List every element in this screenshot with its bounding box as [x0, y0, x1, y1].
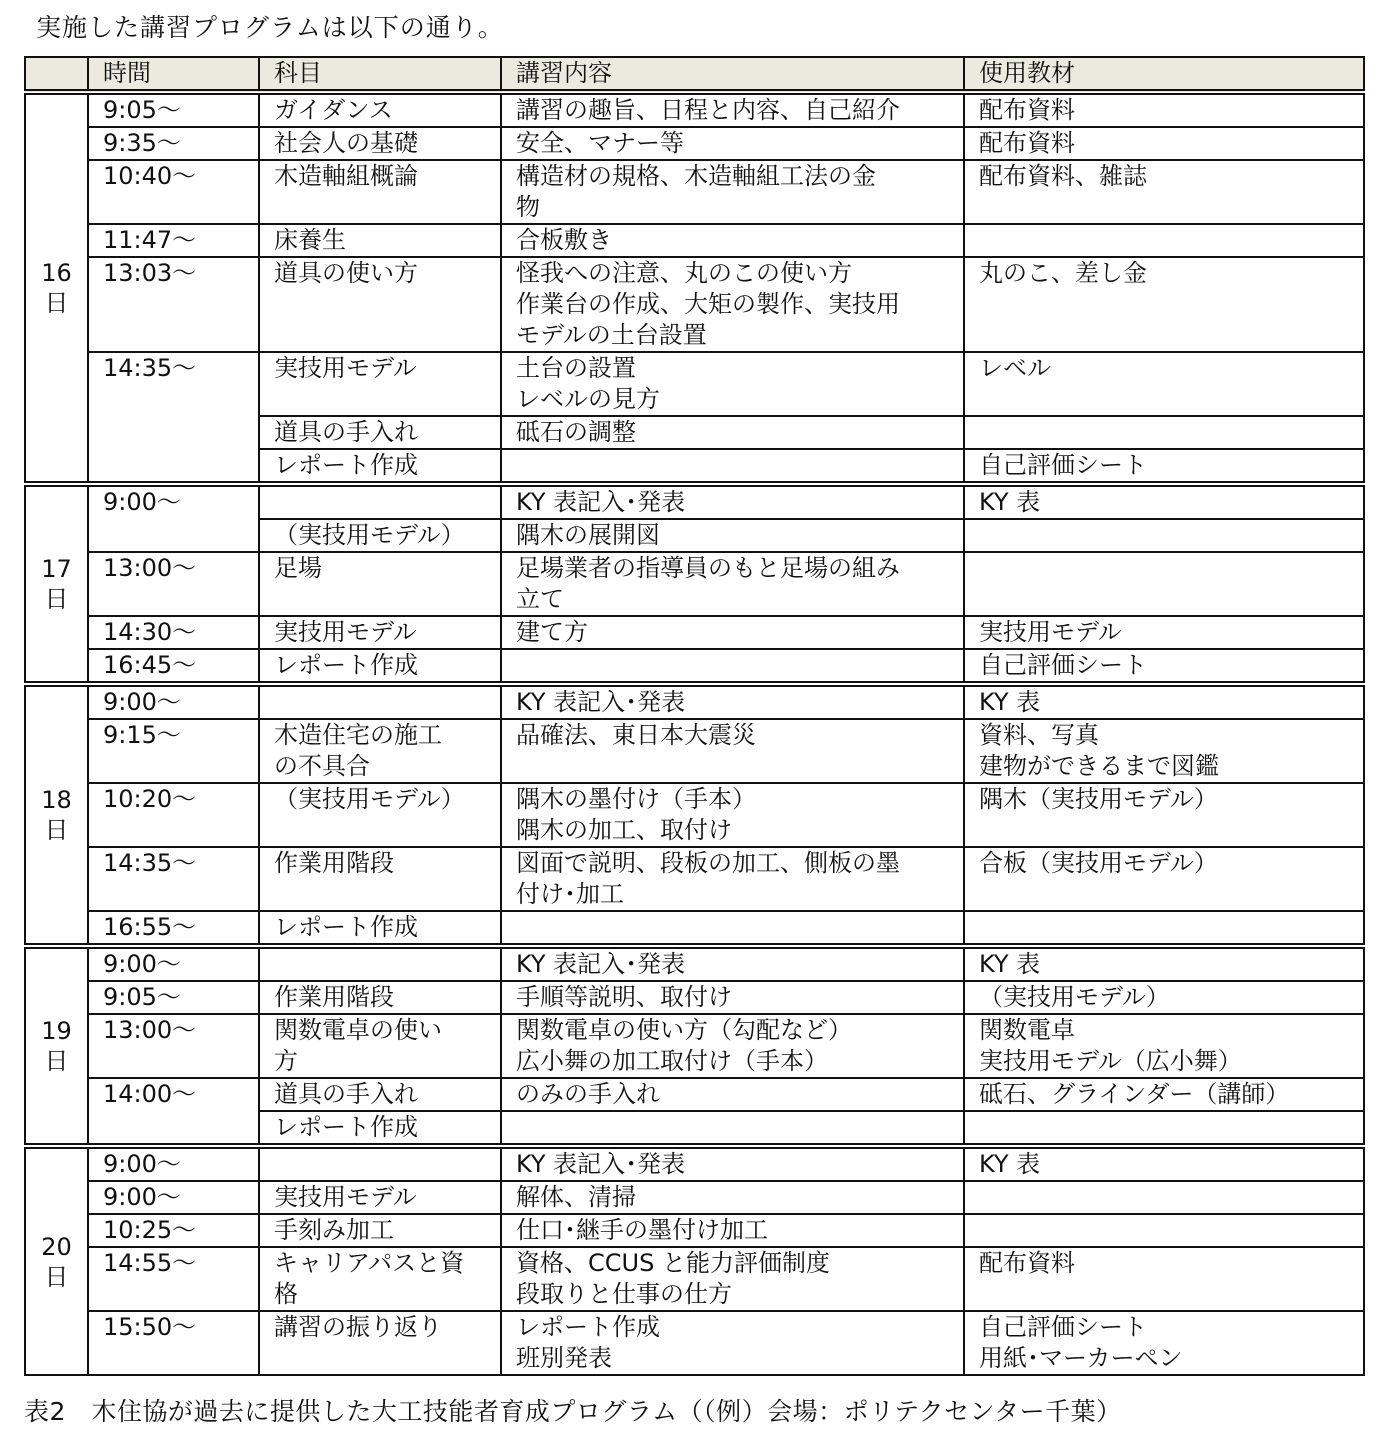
- header-material: 使用教材: [964, 57, 1364, 92]
- subject-cell: 作業用階段: [259, 981, 501, 1014]
- table-row: 17 日9:00～KY 表記入･発表KY 表: [25, 484, 1364, 519]
- table-row: 14:35～実技用モデル土台の設置 レベルの見方レベル: [25, 352, 1364, 416]
- subject-cell: [259, 1146, 501, 1181]
- time-cell: 11:47～: [88, 224, 259, 257]
- table-row: 16 日9:05～ガイダンス講習の趣旨、日程と内容、自己紹介配布資料: [25, 92, 1364, 127]
- table-row: 13:00～足場足場業者の指導員のもと足場の組み 立て: [25, 552, 1364, 616]
- content-cell: 仕口･継手の墨付け加工: [501, 1214, 964, 1247]
- subject-cell: 関数電卓の使い 方: [259, 1014, 501, 1078]
- material-cell: 資料、写真 建物ができるまで図鑑: [964, 719, 1364, 783]
- subject-cell: レポート作成: [259, 449, 501, 484]
- content-cell: [501, 911, 964, 946]
- subject-cell: 木造住宅の施工 の不具合: [259, 719, 501, 783]
- material-cell: [964, 224, 1364, 257]
- table-row: 14:35～作業用階段図面で説明、段板の加工、側板の墨 付け･加工合板（実技用モ…: [25, 847, 1364, 911]
- material-cell: [964, 519, 1364, 552]
- time-cell: 9:35～: [88, 127, 259, 160]
- content-cell: 品確法、東日本大震災: [501, 719, 964, 783]
- content-cell: KY 表記入･発表: [501, 484, 964, 519]
- subject-cell: 実技用モデル: [259, 616, 501, 649]
- table-row: 10:20～（実技用モデル）隅木の墨付け（手本） 隅木の加工、取付け隅木（実技用…: [25, 783, 1364, 847]
- material-cell: 配布資料: [964, 127, 1364, 160]
- material-cell: [964, 911, 1364, 946]
- material-cell: 自己評価シート 用紙･マーカーペン: [964, 1311, 1364, 1375]
- table-row: 10:25～手刻み加工仕口･継手の墨付け加工: [25, 1214, 1364, 1247]
- subject-cell: 床養生: [259, 224, 501, 257]
- time-cell: 9:15～: [88, 719, 259, 783]
- subject-cell: 社会人の基礎: [259, 127, 501, 160]
- content-cell: 安全、マナー等: [501, 127, 964, 160]
- time-cell: 15:50～: [88, 1311, 259, 1375]
- subject-cell: [259, 484, 501, 519]
- subject-cell: レポート作成: [259, 649, 501, 684]
- material-cell: 関数電卓 実技用モデル（広小舞）: [964, 1014, 1364, 1078]
- subject-cell: 実技用モデル: [259, 1181, 501, 1214]
- content-cell: 関数電卓の使い方（勾配など） 広小舞の加工取付け（手本）: [501, 1014, 964, 1078]
- header-day: [25, 57, 88, 92]
- time-cell: 13:00～: [88, 1014, 259, 1078]
- material-cell: 砥石、グラインダー（講師）: [964, 1078, 1364, 1111]
- time-cell: 9:00～: [88, 484, 259, 552]
- time-cell: 13:03～: [88, 257, 259, 352]
- time-cell: 9:00～: [88, 1181, 259, 1214]
- content-cell: 資格、CCUS と能力評価制度 段取りと仕事の仕方: [501, 1247, 964, 1311]
- subject-cell: 足場: [259, 552, 501, 616]
- subject-cell: 道具の手入れ: [259, 1078, 501, 1111]
- material-cell: [964, 1214, 1364, 1247]
- time-cell: 13:00～: [88, 552, 259, 616]
- time-cell: 14:30～: [88, 616, 259, 649]
- content-cell: [501, 1111, 964, 1146]
- subject-cell: [259, 946, 501, 981]
- time-cell: 9:00～: [88, 1146, 259, 1181]
- day-cell: 17 日: [25, 484, 88, 684]
- subject-cell: レポート作成: [259, 1111, 501, 1146]
- time-cell: 9:00～: [88, 684, 259, 719]
- content-cell: レポート作成 班別発表: [501, 1311, 964, 1375]
- material-cell: KY 表: [964, 684, 1364, 719]
- time-cell: 10:25～: [88, 1214, 259, 1247]
- time-cell: 16:45～: [88, 649, 259, 684]
- subject-cell: 道具の手入れ: [259, 416, 501, 449]
- material-cell: KY 表: [964, 1146, 1364, 1181]
- time-cell: 14:00～: [88, 1078, 259, 1146]
- content-cell: KY 表記入･発表: [501, 684, 964, 719]
- subject-cell: [259, 684, 501, 719]
- table-row: 13:03～道具の使い方怪我への注意、丸のこの使い方 作業台の作成、大矩の製作、…: [25, 257, 1364, 352]
- material-cell: [964, 416, 1364, 449]
- material-cell: （実技用モデル）: [964, 981, 1364, 1014]
- time-cell: 14:55～: [88, 1247, 259, 1311]
- subject-cell: 講習の振り返り: [259, 1311, 501, 1375]
- content-cell: のみの手入れ: [501, 1078, 964, 1111]
- material-cell: KY 表: [964, 484, 1364, 519]
- table-row: 19 日9:00～KY 表記入･発表KY 表: [25, 946, 1364, 981]
- time-cell: 9:00～: [88, 946, 259, 981]
- table-row: 9:00～実技用モデル解体、清掃: [25, 1181, 1364, 1214]
- content-cell: 手順等説明、取付け: [501, 981, 964, 1014]
- subject-cell: キャリアパスと資 格: [259, 1247, 501, 1311]
- day-cell: 16 日: [25, 92, 88, 484]
- material-cell: [964, 1181, 1364, 1214]
- material-cell: [964, 552, 1364, 616]
- time-cell: 10:20～: [88, 783, 259, 847]
- content-cell: 合板敷き: [501, 224, 964, 257]
- content-cell: 構造材の規格、木造軸組工法の金 物: [501, 160, 964, 224]
- time-cell: 14:35～: [88, 847, 259, 911]
- table-row: 16:55～レポート作成: [25, 911, 1364, 946]
- material-cell: 合板（実技用モデル）: [964, 847, 1364, 911]
- table-row: 14:00～道具の手入れのみの手入れ砥石、グラインダー（講師）: [25, 1078, 1364, 1111]
- material-cell: 自己評価シート: [964, 649, 1364, 684]
- content-cell: 砥石の調整: [501, 416, 964, 449]
- table-row: 9:05～作業用階段手順等説明、取付け（実技用モデル）: [25, 981, 1364, 1014]
- table-row: 14:55～キャリアパスと資 格資格、CCUS と能力評価制度 段取りと仕事の仕…: [25, 1247, 1364, 1311]
- material-cell: KY 表: [964, 946, 1364, 981]
- table-row: 16:45～レポート作成自己評価シート: [25, 649, 1364, 684]
- material-cell: 自己評価シート: [964, 449, 1364, 484]
- content-cell: KY 表記入･発表: [501, 946, 964, 981]
- subject-cell: ガイダンス: [259, 92, 501, 127]
- day-cell: 20 日: [25, 1146, 88, 1375]
- table-row: 18 日9:00～KY 表記入･発表KY 表: [25, 684, 1364, 719]
- subject-cell: 道具の使い方: [259, 257, 501, 352]
- subject-cell: （実技用モデル）: [259, 783, 501, 847]
- time-cell: 9:05～: [88, 981, 259, 1014]
- material-cell: 隅木（実技用モデル）: [964, 783, 1364, 847]
- content-cell: 土台の設置 レベルの見方: [501, 352, 964, 416]
- content-cell: 隅木の展開図: [501, 519, 964, 552]
- table-row: 11:47～床養生合板敷き: [25, 224, 1364, 257]
- content-cell: 建て方: [501, 616, 964, 649]
- material-cell: 実技用モデル: [964, 616, 1364, 649]
- table-row: 13:00～関数電卓の使い 方関数電卓の使い方（勾配など） 広小舞の加工取付け（…: [25, 1014, 1364, 1078]
- content-cell: KY 表記入･発表: [501, 1146, 964, 1181]
- table-row: 10:40～木造軸組概論構造材の規格、木造軸組工法の金 物配布資料、雑誌: [25, 160, 1364, 224]
- subject-cell: レポート作成: [259, 911, 501, 946]
- material-cell: 配布資料、雑誌: [964, 160, 1364, 224]
- day-cell: 18 日: [25, 684, 88, 946]
- day-cell: 19 日: [25, 946, 88, 1146]
- material-cell: 配布資料: [964, 1247, 1364, 1311]
- table-row: 9:35～社会人の基礎安全、マナー等配布資料: [25, 127, 1364, 160]
- material-cell: レベル: [964, 352, 1364, 416]
- time-cell: 16:55～: [88, 911, 259, 946]
- content-cell: 講習の趣旨、日程と内容、自己紹介: [501, 92, 964, 127]
- material-cell: 丸のこ、差し金: [964, 257, 1364, 352]
- content-cell: 図面で説明、段板の加工、側板の墨 付け･加工: [501, 847, 964, 911]
- table-row: 14:30～実技用モデル建て方実技用モデル: [25, 616, 1364, 649]
- table-row: 9:15～木造住宅の施工 の不具合品確法、東日本大震災資料、写真 建物ができるま…: [25, 719, 1364, 783]
- header-subject: 科目: [259, 57, 501, 92]
- content-cell: [501, 649, 964, 684]
- program-table: 時間 科目 講習内容 使用教材 16 日9:05～ガイダンス講習の趣旨、日程と内…: [24, 56, 1365, 1376]
- time-cell: 10:40～: [88, 160, 259, 224]
- subject-cell: 手刻み加工: [259, 1214, 501, 1247]
- content-cell: 怪我への注意、丸のこの使い方 作業台の作成、大矩の製作、実技用 モデルの土台設置: [501, 257, 964, 352]
- table-row: 15:50～講習の振り返りレポート作成 班別発表自己評価シート 用紙･マーカーペ…: [25, 1311, 1364, 1375]
- subject-cell: 木造軸組概論: [259, 160, 501, 224]
- table-row: 20 日9:00～KY 表記入･発表KY 表: [25, 1146, 1364, 1181]
- table-caption: 表2 木住協が過去に提供した大工技能者育成プログラム（（例）会場：ポリテクセンタ…: [24, 1392, 1122, 1428]
- subject-cell: 作業用階段: [259, 847, 501, 911]
- material-cell: 配布資料: [964, 92, 1364, 127]
- intro-text: 実施した講習プログラムは以下の通り。: [36, 8, 504, 44]
- content-cell: 隅木の墨付け（手本） 隅木の加工、取付け: [501, 783, 964, 847]
- time-cell: 9:05～: [88, 92, 259, 127]
- content-cell: 足場業者の指導員のもと足場の組み 立て: [501, 552, 964, 616]
- header-content: 講習内容: [501, 57, 964, 92]
- content-cell: 解体、清掃: [501, 1181, 964, 1214]
- header-time: 時間: [88, 57, 259, 92]
- table-body: 16 日9:05～ガイダンス講習の趣旨、日程と内容、自己紹介配布資料9:35～社…: [25, 92, 1364, 1375]
- content-cell: [501, 449, 964, 484]
- subject-cell: （実技用モデル）: [259, 519, 501, 552]
- table-header-row: 時間 科目 講習内容 使用教材: [25, 57, 1364, 92]
- time-cell: 14:35～: [88, 352, 259, 484]
- material-cell: [964, 1111, 1364, 1146]
- subject-cell: 実技用モデル: [259, 352, 501, 416]
